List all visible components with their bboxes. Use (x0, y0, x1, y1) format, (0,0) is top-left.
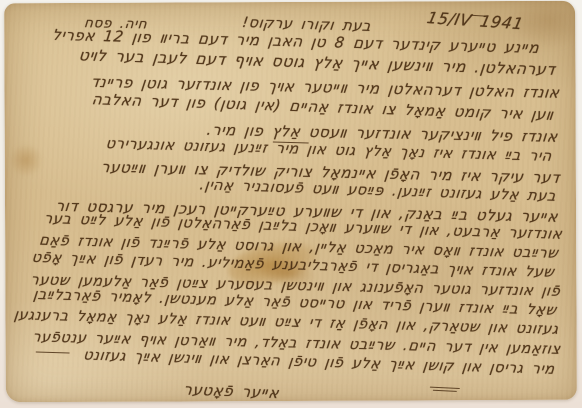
signature-line: אײער פֿאָטער (143, 379, 320, 402)
ink-double-underline-bottom (433, 390, 457, 393)
scan-background: 15/IV 1941 חיה. פסח בעת וקורו ערקוס! מײנ… (0, 0, 582, 408)
postcard: 15/IV 1941 חיה. פסח בעת וקורו ערקוס! מײנ… (4, 1, 577, 402)
date-line: 15/IV 1941 (425, 8, 525, 33)
